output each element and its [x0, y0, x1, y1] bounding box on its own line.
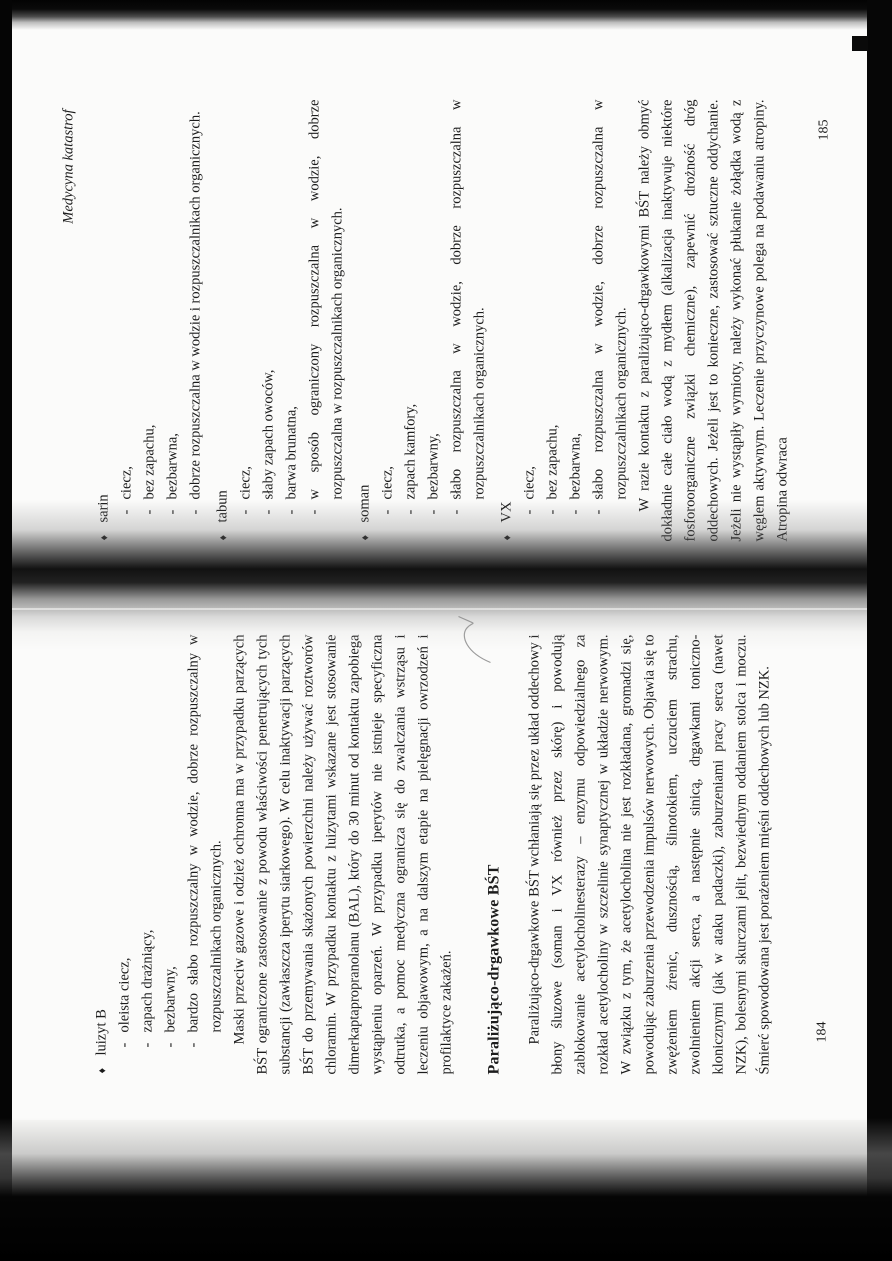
- property-text: oleista ciecz,: [117, 958, 133, 1033]
- book-page-185: Medycyna katastrof ♦ sarin -ciecz, -bez …: [35, 86, 860, 556]
- agent-name: sarin: [96, 494, 112, 522]
- dash-bullet-icon: -: [160, 1043, 183, 1048]
- list-property: -bardzo słabo rozpuszczalny w wodzie, do…: [183, 635, 229, 1075]
- scan-edge-top: [0, 0, 892, 30]
- list-term: ♦ luizyt B: [91, 635, 114, 1075]
- diamond-bullet-icon: ♦: [497, 535, 520, 541]
- dash-bullet-icon: -: [519, 510, 542, 515]
- list-property: -oleista ciecz,: [114, 635, 137, 1075]
- list-property: -słabo rozpuszczalna w wodzie, dobrze ro…: [588, 100, 634, 542]
- list-property: -bez zapachu,: [139, 100, 162, 542]
- property-text: zapach drażniący,: [140, 930, 156, 1033]
- dash-bullet-icon: -: [588, 510, 611, 515]
- list-property: -barwa brunatna,: [281, 100, 304, 542]
- list-property: -ciecz,: [116, 100, 139, 542]
- list-property: -bezbarwny,: [423, 100, 446, 542]
- dash-bullet-icon: -: [137, 1043, 160, 1048]
- property-text: bezbarwny,: [163, 966, 179, 1032]
- agent-name: tabun: [215, 490, 231, 522]
- list-property: -ciecz,: [235, 100, 258, 542]
- dash-bullet-icon: -: [139, 510, 162, 515]
- agent-entry-soman: ♦ soman -ciecz, -zapach kamfory, -bezbar…: [354, 100, 492, 542]
- property-text: dobrze rozpuszczalna w wodzie i rozpuszc…: [188, 111, 204, 499]
- body-paragraph: W razie kontaktu z paraliżująco-drgawkow…: [634, 100, 795, 542]
- agent-name: luizyt B: [94, 1009, 110, 1055]
- book-page-184: ♦ luizyt B -oleista ciecz, -zapach drażn…: [35, 575, 860, 1095]
- agent-name: VX: [499, 502, 515, 523]
- page-185-body: ♦ sarin -ciecz, -bez zapachu, -bezbarwna…: [93, 100, 795, 542]
- property-text: bezbarwna,: [165, 433, 181, 499]
- scan-corner-mark: [852, 36, 868, 51]
- diamond-bullet-icon: ♦: [213, 535, 236, 541]
- list-property: -bezbarwny,: [160, 635, 183, 1075]
- dash-bullet-icon: -: [162, 510, 185, 515]
- property-text: zapach kamfory,: [403, 404, 419, 500]
- property-text: ciecz,: [238, 466, 254, 499]
- list-property: -zapach kamfory,: [400, 100, 423, 542]
- page-number: 184: [815, 1022, 831, 1043]
- agent-entry-sarin: ♦ sarin -ciecz, -bez zapachu, -bezbarwna…: [93, 100, 208, 542]
- dash-bullet-icon: -: [565, 510, 588, 515]
- property-text: bez zapachu,: [545, 425, 561, 500]
- list-term: ♦ sarin: [93, 100, 116, 542]
- dash-bullet-icon: -: [400, 510, 423, 515]
- dash-bullet-icon: -: [542, 510, 565, 515]
- list-term: ♦ soman: [354, 100, 377, 542]
- list-property: -bezbarwna,: [565, 100, 588, 542]
- list-property: -ciecz,: [519, 100, 542, 542]
- property-text: ciecz,: [119, 466, 135, 499]
- property-text: w sposób ograniczony rozpuszczalna w wod…: [307, 100, 346, 500]
- list-property: -słabo rozpuszczalna w wodzie, dobrze ro…: [446, 100, 492, 542]
- property-text: bardzo słabo rozpuszczalny w wodzie, dob…: [186, 635, 225, 1033]
- dash-bullet-icon: -: [423, 510, 446, 515]
- dash-bullet-icon: -: [235, 510, 258, 515]
- list-term: ♦ tabun: [212, 100, 235, 542]
- section-heading: Paraliżująco-drgawkowe BŚT: [483, 635, 506, 1075]
- list-property: -słaby zapach owoców,: [258, 100, 281, 542]
- agent-entry-luizyt-b: ♦ luizyt B -oleista ciecz, -zapach drażn…: [91, 635, 229, 1075]
- list-property: -zapach drażniący,: [137, 635, 160, 1075]
- page-number: 185: [817, 120, 833, 141]
- agent-name: soman: [357, 485, 373, 523]
- dash-bullet-icon: -: [377, 510, 400, 515]
- property-text: ciecz,: [380, 466, 396, 499]
- property-text: słabo rozpuszczalna w wodzie, dobrze roz…: [591, 100, 630, 500]
- list-term: ♦ VX: [496, 100, 519, 542]
- property-text: ciecz,: [522, 466, 538, 499]
- diamond-bullet-icon: ♦: [94, 535, 117, 541]
- body-paragraph: Paraliżująco-drgawkowe BŚT wchłaniają si…: [524, 635, 777, 1075]
- list-property: -dobrze rozpuszczalna w wodzie i rozpusz…: [185, 100, 208, 542]
- dash-bullet-icon: -: [185, 510, 208, 515]
- property-text: bezbarwny,: [426, 433, 442, 499]
- running-header: Medycyna katastrof: [61, 110, 78, 224]
- agent-entry-vx: ♦ VX -ciecz, -bez zapachu, -bezbarwna, -…: [496, 100, 634, 542]
- pencil-squiggle-mark: [447, 609, 499, 667]
- dash-bullet-icon: -: [446, 510, 469, 515]
- list-property: -bez zapachu,: [542, 100, 565, 542]
- scan-edge-left: [0, 0, 12, 1261]
- diamond-bullet-icon: ♦: [92, 1068, 115, 1074]
- dash-bullet-icon: -: [304, 510, 327, 515]
- dash-bullet-icon: -: [114, 1043, 137, 1048]
- agent-entry-tabun: ♦ tabun -ciecz, -słaby zapach owoców, -b…: [212, 100, 350, 542]
- property-text: bez zapachu,: [142, 425, 158, 500]
- list-property: -bezbarwna,: [162, 100, 185, 542]
- list-property: -w sposób ograniczony rozpuszczalna w wo…: [304, 100, 350, 542]
- dash-bullet-icon: -: [116, 510, 139, 515]
- scan-edge-right: [867, 0, 892, 1261]
- dash-bullet-icon: -: [281, 510, 304, 515]
- list-property: -ciecz,: [377, 100, 400, 542]
- page-184-body: ♦ luizyt B -oleista ciecz, -zapach drażn…: [91, 635, 777, 1075]
- dash-bullet-icon: -: [183, 1043, 206, 1048]
- property-text: słabo rozpuszczalna w wodzie, dobrze roz…: [449, 100, 488, 500]
- property-text: słaby zapach owoców,: [261, 370, 277, 500]
- diamond-bullet-icon: ♦: [355, 535, 378, 541]
- property-text: bezbarwna,: [568, 433, 584, 499]
- scan-edge-bottom: [0, 1118, 892, 1261]
- dash-bullet-icon: -: [258, 510, 281, 515]
- property-text: barwa brunatna,: [284, 406, 300, 499]
- body-paragraph: Maski przeciw gazowe i odzież ochronna m…: [229, 635, 459, 1075]
